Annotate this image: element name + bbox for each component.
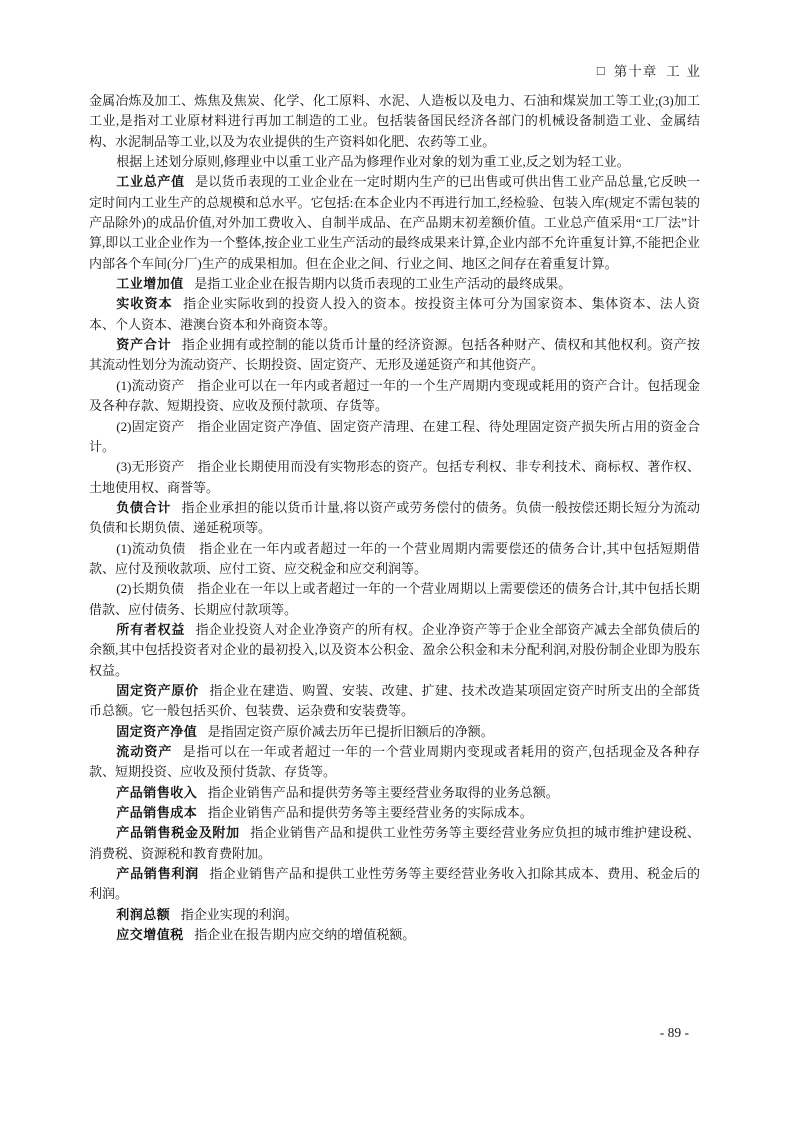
paragraph-text: 指企业承担的能以货币计量,将以资产或劳务偿付的债务。负债一般按偿还期长短分为流动… [89, 500, 700, 535]
term-label: 工业增加值 [116, 276, 184, 291]
paragraph-text: (2)长期负债 指企业在一年以上或者超过一年的一个营业周期以上需要偿还的债务合计… [89, 581, 700, 616]
term-label: 固定资产净值 [116, 724, 197, 739]
chapter-title: 工 业 [666, 63, 700, 80]
term-label: 产品销售税金及附加 [116, 825, 240, 840]
paragraph-text: 指企业销售产品和提供劳务等主要经营业务取得的业务总额。 [208, 785, 559, 800]
term-label: 应交增值税 [116, 927, 184, 942]
term-label: 负债合计 [116, 500, 171, 515]
page-header: □ 第十章 工 业 [597, 63, 700, 80]
definition-paragraph: 负债合计指企业承担的能以货币计量,将以资产或劳务偿付的债务。负债一般按偿还期长短… [89, 498, 700, 539]
definition-paragraph: 固定资产原价指企业在建造、购置、安装、改建、扩建、技术改造某项固定资产时所支出的… [89, 681, 700, 722]
paragraph: 金属冶炼及加工、炼焦及焦炭、化学、化工原料、水泥、人造板以及电力、石油和煤炭加工… [89, 91, 700, 152]
definition-paragraph: 流动资产是指可以在一年或者超过一年的一个营业周期内变现或者耗用的资产,包括现金及… [89, 742, 700, 783]
paragraph: (2)长期负债 指企业在一年以上或者超过一年的一个营业周期以上需要偿还的债务合计… [89, 579, 700, 620]
document-page: □ 第十章 工 业 金属冶炼及加工、炼焦及焦炭、化学、化工原料、水泥、人造板以及… [0, 0, 793, 1122]
page-number: - 89 - [660, 1025, 689, 1041]
term-label: 工业总产值 [116, 174, 185, 189]
paragraph: (2)固定资产 指企业固定资产净值、固定资产清理、在建工程、待处理固定资产损失所… [89, 417, 700, 458]
paragraph-text: (3)无形资产 指企业长期使用而没有实物形态的资产。包括专利权、非专利技术、商标… [89, 459, 700, 494]
definition-paragraph: 利润总额指企业实现的利润。 [89, 905, 700, 925]
paragraph-text: 是指工业企业在报告期内以货币表现的工业生产活动的最终成果。 [194, 276, 571, 291]
definition-paragraph: 产品销售利润指企业销售产品和提供工业性劳务等主要经营业务收入扣除其成本、费用、税… [89, 864, 700, 905]
definition-paragraph: 产品销售成本指企业销售产品和提供劳务等主要经营业务的实际成本。 [89, 803, 700, 823]
term-label: 流动资产 [116, 744, 172, 759]
paragraph: (3)无形资产 指企业长期使用而没有实物形态的资产。包括专利权、非专利技术、商标… [89, 457, 700, 498]
definition-paragraph: 产品销售税金及附加指企业销售产品和提供工业性劳务等主要经营业务应负担的城市维护建… [89, 823, 700, 864]
paragraph-text: 是指固定资产原价减去历年已提折旧额后的净额。 [208, 724, 494, 739]
term-label: 利润总额 [116, 907, 170, 922]
chapter-marker-icon: □ [597, 62, 605, 79]
definition-paragraph: 实收资本指企业实际收到的投资人投入的资本。按投资主体可分为国家资本、集体资本、法… [89, 294, 700, 335]
paragraph-text: 指企业拥有或控制的能以货币计量的经济资源。包括各种财产、债权和其他权利。资产按其… [89, 337, 700, 372]
paragraph: (1)流动资产 指企业可以在一年内或者超过一年的一个生产周期内变现或耗用的资产合… [89, 376, 700, 417]
paragraph: (1)流动负债 指企业在一年内或者超过一年的一个营业周期内需要偿还的债务合计,其… [89, 539, 700, 580]
definition-paragraph: 应交增值税指企业在报告期内应交纳的增值税额。 [89, 925, 700, 945]
term-label: 产品销售收入 [116, 785, 197, 800]
term-label: 实收资本 [116, 296, 172, 311]
paragraph-text: 指企业实际收到的投资人投入的资本。按投资主体可分为国家资本、集体资本、法人资本、… [89, 296, 700, 331]
page-body: 金属冶炼及加工、炼焦及焦炭、化学、化工原料、水泥、人造板以及电力、石油和煤炭加工… [89, 91, 700, 945]
paragraph-text: 根据上述划分原则,修理业中以重工业产品为修理作业对象的划为重工业,反之划为轻工业… [116, 154, 630, 169]
definition-paragraph: 所有者权益指企业投资人对企业净资产的所有权。企业净资产等于企业全部资产减去全部负… [89, 620, 700, 681]
paragraph: 根据上述划分原则,修理业中以重工业产品为修理作业对象的划为重工业,反之划为轻工业… [89, 152, 700, 172]
term-label: 产品销售成本 [116, 805, 197, 820]
term-label: 所有者权益 [116, 622, 185, 637]
definition-paragraph: 工业增加值是指工业企业在报告期内以货币表现的工业生产活动的最终成果。 [89, 274, 700, 294]
term-label: 产品销售利润 [116, 866, 199, 881]
paragraph-text: 是指可以在一年或者超过一年的一个营业周期内变现或者耗用的资产,包括现金及各种存款… [89, 744, 700, 779]
paragraph-text: 指企业销售产品和提供劳务等主要经营业务的实际成本。 [208, 805, 533, 820]
paragraph-text: (1)流动资产 指企业可以在一年内或者超过一年的一个生产周期内变现或耗用的资产合… [89, 378, 700, 413]
paragraph-text: (2)固定资产 指企业固定资产净值、固定资产清理、在建工程、待处理固定资产损失所… [89, 419, 700, 454]
paragraph-text: (1)流动负债 指企业在一年内或者超过一年的一个营业周期内需要偿还的债务合计,其… [89, 541, 700, 576]
term-label: 资产合计 [116, 337, 171, 352]
definition-paragraph: 产品销售收入指企业销售产品和提供劳务等主要经营业务取得的业务总额。 [89, 783, 700, 803]
definition-paragraph: 资产合计指企业拥有或控制的能以货币计量的经济资源。包括各种财产、债权和其他权利。… [89, 335, 700, 376]
paragraph-text: 指企业实现的利润。 [181, 907, 298, 922]
chapter-number: 第十章 [614, 63, 658, 80]
definition-paragraph: 工业总产值是以货币表现的工业企业在一定时期内生产的已出售或可供出售工业产品总量,… [89, 172, 700, 274]
paragraph-text: 指企业在报告期内应交纳的增值税额。 [194, 927, 415, 942]
term-label: 固定资产原价 [116, 683, 199, 698]
paragraph-text: 金属冶炼及加工、炼焦及焦炭、化学、化工原料、水泥、人造板以及电力、石油和煤炭加工… [89, 93, 700, 149]
definition-paragraph: 固定资产净值是指固定资产原价减去历年已提折旧额后的净额。 [89, 722, 700, 742]
